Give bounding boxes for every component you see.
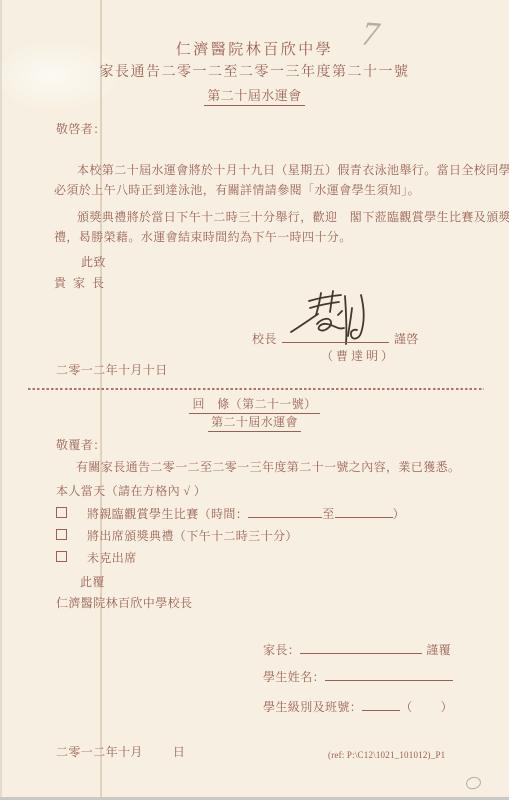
reply-subtitle-row: 第二十屆水運會	[0, 413, 509, 431]
reply-ack-line: 有關家長通告二零一二至二零一三年度第二十一號之內容，業已獲悉。	[56, 460, 460, 475]
principal-name: （曹達明）	[321, 349, 396, 364]
letter-paragraph2-line2: 禮，曷勝榮藉。水運會結束時間約為下午一時四十分。	[54, 230, 352, 245]
checkbox-attend-races	[56, 507, 67, 518]
principal-sign-off: 謹啓	[394, 332, 419, 347]
class-bracket-open: （	[400, 700, 412, 715]
reply-date-part2: 日	[173, 745, 185, 760]
checkbox-unable-attend	[56, 551, 67, 562]
event-title-row: 第二十屆水運會	[0, 85, 509, 104]
principal-signature-line	[282, 330, 389, 343]
student-name-row: 學生姓名：	[263, 668, 453, 685]
letter-closing-cizhi: 此致	[81, 255, 106, 270]
class-number-space	[413, 710, 441, 711]
parent-label: 家長：	[263, 643, 300, 658]
principal-sign-row: 校長 謹啓	[252, 330, 419, 347]
parent-signature-line	[300, 641, 422, 654]
class-blank	[362, 698, 400, 711]
notice-number-line: 家長通告二零一二至二零一三年度第二十一號	[0, 61, 509, 81]
option3-text: 未克出席	[87, 551, 137, 566]
student-class-row: 學生級別及班號： （ ）	[263, 698, 453, 715]
option-row-prize-ceremony: 將出席頒獎典禮（下午十二時三十分）	[56, 529, 298, 544]
letter-paragraph2-line1: 頒獎典禮將於當日下午十二時三十分舉行，歡迎 閣下蒞臨觀賞學生比賽及頒獎	[54, 210, 509, 225]
student-class-label: 學生級別及班號：	[263, 700, 362, 715]
reply-closing-cifu: 此覆	[80, 575, 105, 590]
option-row-unable-attend: 未克出席	[56, 551, 137, 566]
parent-sign-off: 謹覆	[426, 643, 451, 658]
letter-paragraph1-line1: 本校第二十屆水運會將於十月十九日（星期五）假青衣泳池舉行。當日全校同學	[54, 163, 509, 178]
reply-date-day-space	[143, 755, 173, 756]
student-name-label: 學生姓名：	[263, 670, 325, 685]
principal-label: 校長	[252, 332, 277, 347]
student-name-blank	[325, 668, 453, 681]
class-bracket-close: ）	[441, 700, 453, 715]
parent-sign-row: 家長： 謹覆	[263, 641, 451, 658]
letter-date: 二零一二年十月十日	[56, 363, 168, 378]
reply-addressee: 仁濟醫院林百欣中學校長	[56, 596, 192, 611]
option1-text-mid: 至	[322, 507, 334, 522]
option-row-attend-races: 將親臨觀賞學生比賽（時間： 至 ）	[56, 505, 405, 522]
option2-text: 將出席頒獎典禮（下午十二時三十分）	[87, 529, 298, 544]
reply-slip-title: 回 條（第二十一號）	[189, 397, 319, 414]
school-name: 仁濟醫院林百欣中學	[0, 38, 509, 59]
letter-salutation: 敬啓者：	[56, 122, 106, 137]
time-from-blank	[248, 505, 322, 518]
checkbox-prize-ceremony	[56, 529, 67, 540]
cut-dashed-line	[28, 388, 484, 390]
reply-slip-subtitle: 第二十屆水運會	[208, 415, 301, 432]
reply-title-row: 回 條（第二十一號）	[0, 395, 509, 413]
pencil-circle-mark	[465, 776, 482, 791]
time-to-blank	[335, 505, 393, 518]
scanned-notice-page: 7 仁濟醫院林百欣中學 家長通告二零一二至二零一三年度第二十一號 第二十屆水運會…	[0, 0, 509, 800]
letter-closing-dear-parent: 貴家長	[54, 276, 111, 291]
reply-instruction: 本人當天（請在方格內 √ ）	[56, 484, 206, 499]
reply-salutation: 敬覆者：	[56, 438, 106, 453]
reply-date-part1: 二零一二年十月	[56, 745, 143, 760]
option1-text-pre: 將親臨觀賞學生比賽（時間：	[87, 507, 248, 522]
letter-paragraph1-line2: 必須於上午八時正到達泳池，有關詳情請參閱「水運會學生須知」。	[54, 183, 420, 198]
event-title: 第二十屆水運會	[204, 88, 305, 106]
reply-date-row: 二零一二年十月 日	[56, 745, 185, 760]
option1-text-post: ）	[393, 507, 405, 522]
file-reference: (ref: P:\C12\1021_101012)_P1	[328, 750, 445, 760]
